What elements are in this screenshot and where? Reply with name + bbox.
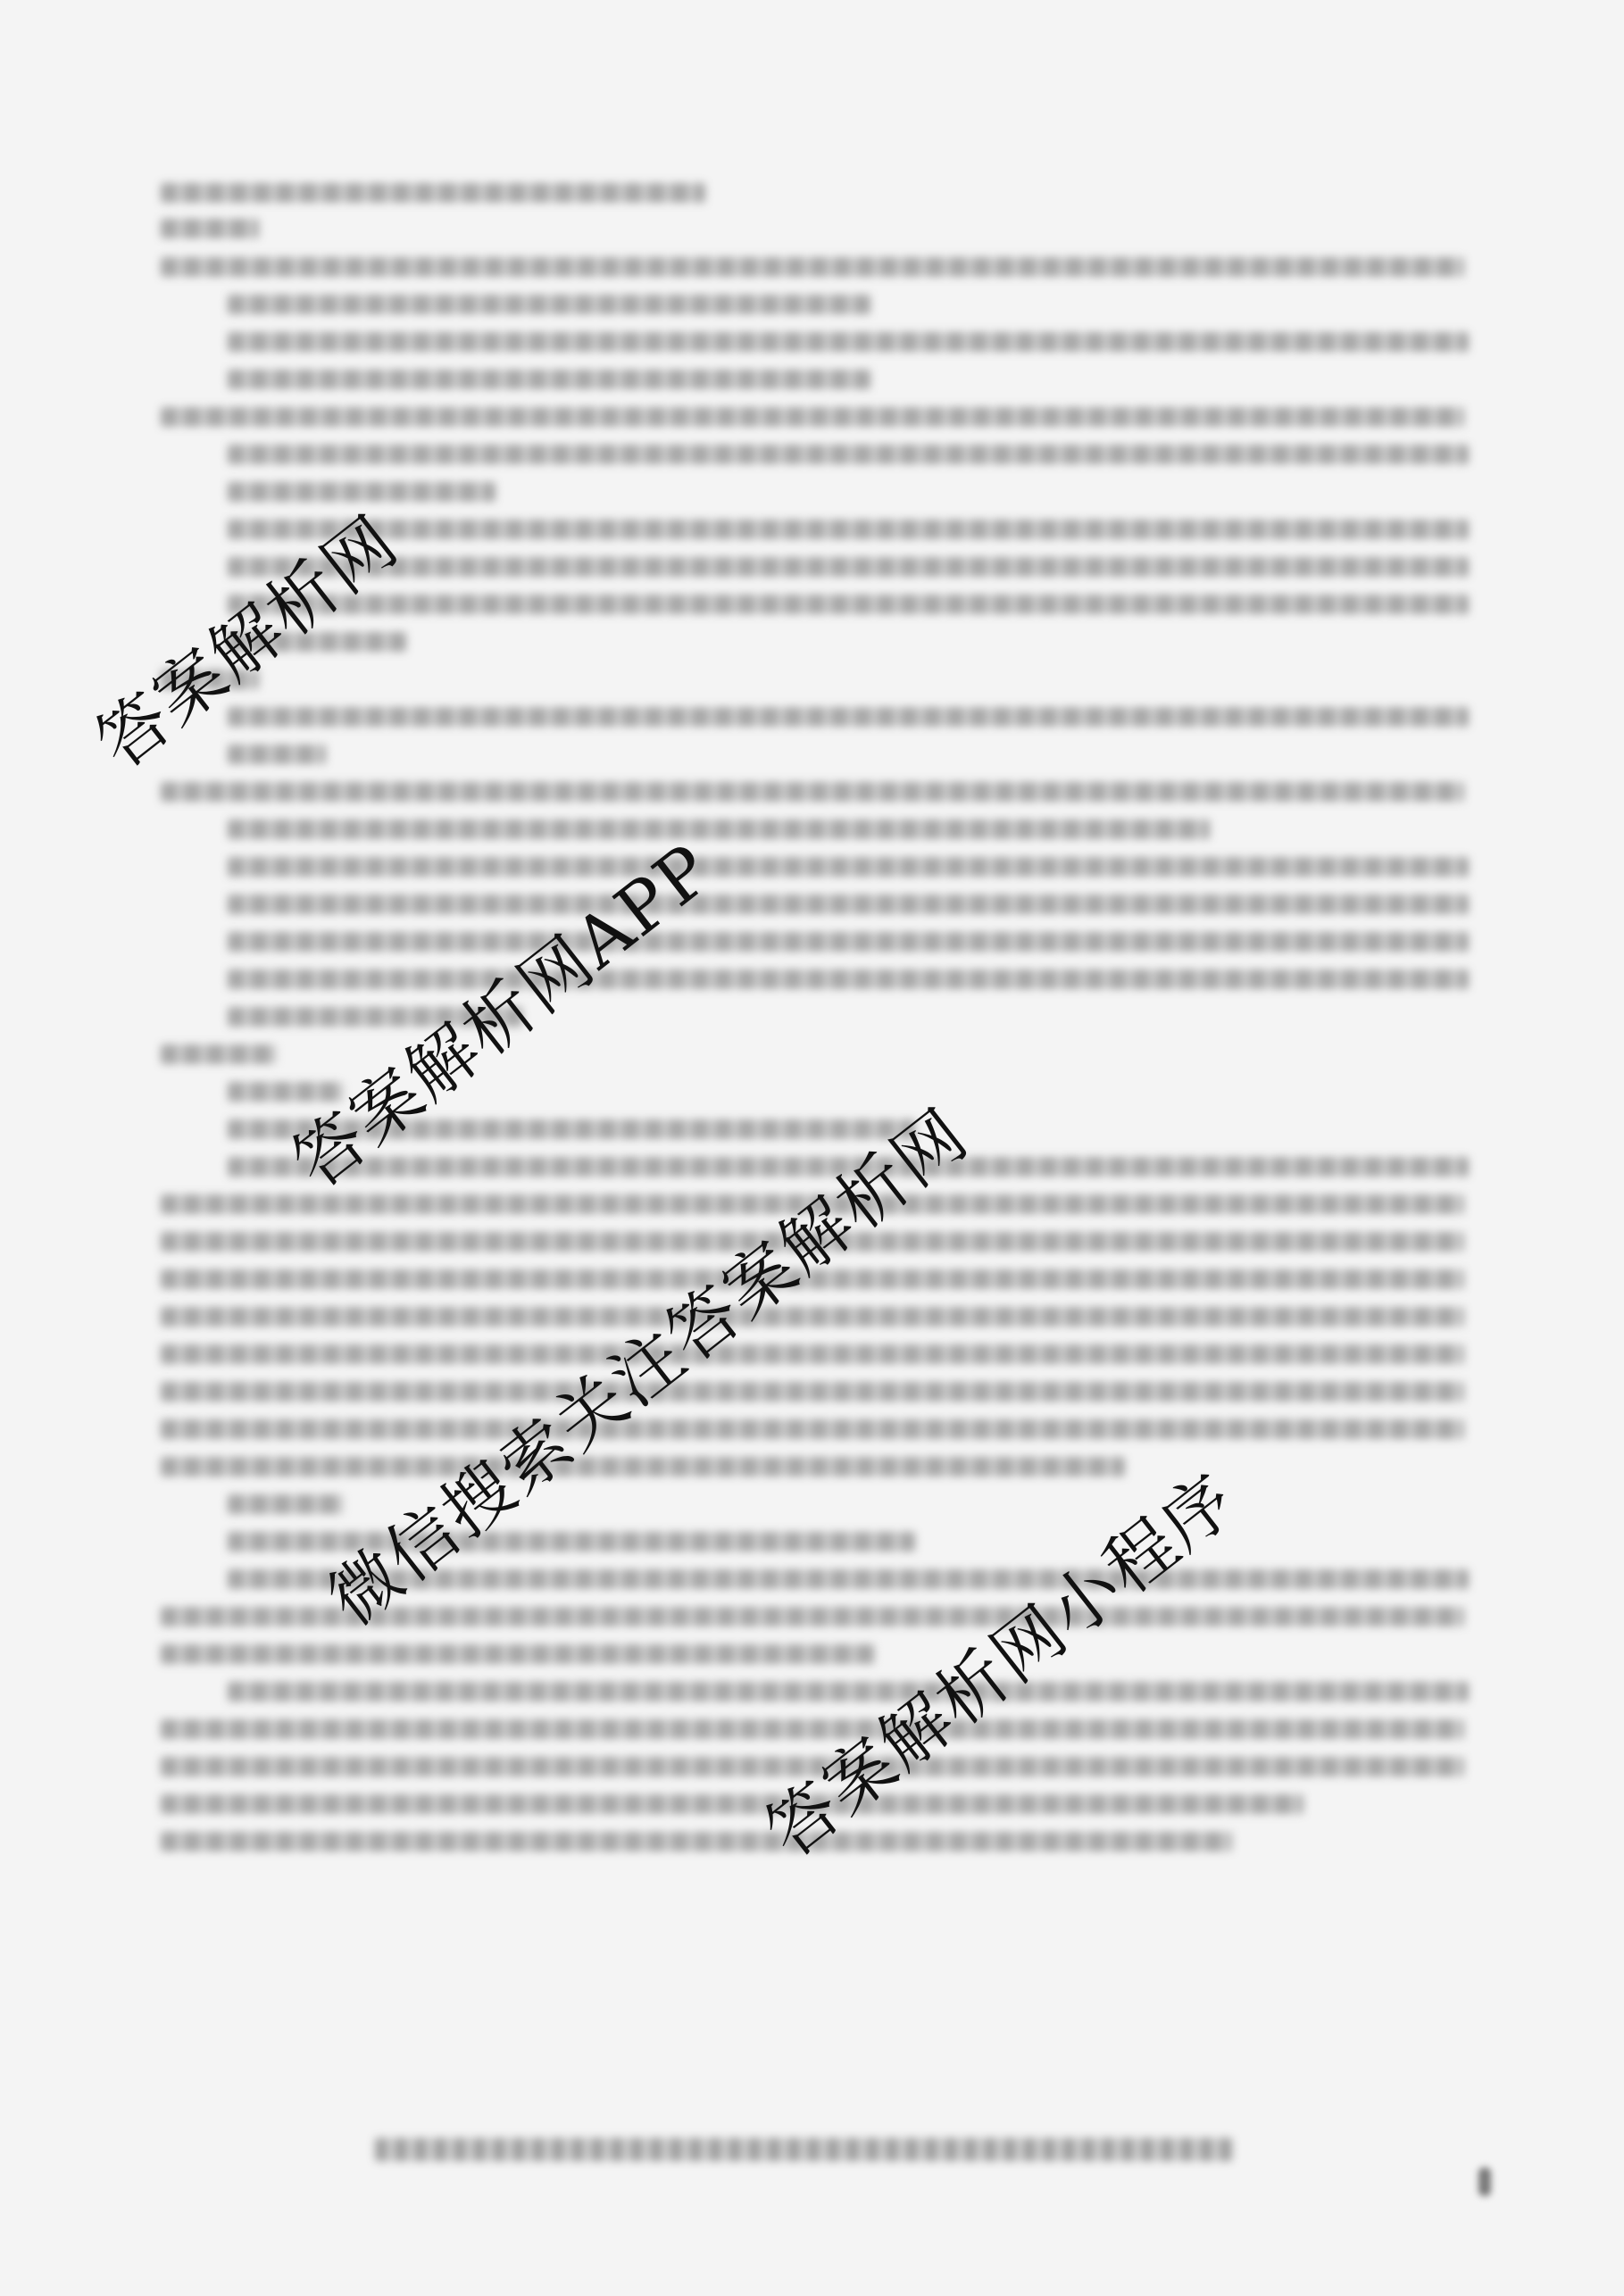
blurred-text-line [161, 183, 705, 203]
blurred-text-line [228, 445, 1469, 464]
blurred-text-line [161, 1382, 1464, 1402]
blurred-text-line [228, 745, 326, 764]
blurred-text-line [161, 1644, 875, 1664]
blurred-text-line [228, 332, 1469, 352]
blurred-text-line [161, 407, 1464, 427]
blurred-text-line [228, 894, 1469, 914]
blurred-text-line [161, 257, 1464, 277]
blurred-text-line [161, 1044, 277, 1064]
blurred-text-line [228, 295, 870, 314]
blurred-text-line [228, 932, 1469, 952]
blurred-text-line [228, 857, 1469, 877]
blurred-text-line [161, 1719, 1464, 1739]
page-number [1478, 2167, 1491, 2196]
blurred-text-line [161, 1794, 1303, 1814]
document-page: 答案解析网答案解析网APP微信搜索关注答案解析网答案解析网小程序 [0, 0, 1624, 2296]
blurred-text-line [228, 520, 1469, 539]
blurred-text-line [161, 782, 1464, 802]
blurred-text-line [228, 1682, 1469, 1701]
blurred-text-line [228, 1494, 344, 1514]
blurred-text-line [161, 1832, 1232, 1851]
blurred-text-line [161, 1344, 1464, 1364]
blurred-text-line [228, 969, 1469, 989]
blurred-text-line [161, 219, 259, 238]
blurred-text-line [228, 595, 1469, 614]
blurred-text-line [161, 1419, 1464, 1439]
blurred-text-line [228, 370, 870, 389]
blurred-text-line [161, 1307, 1464, 1327]
page-footer [375, 2138, 1232, 2161]
blurred-text-line [161, 1457, 1125, 1477]
blurred-text-line [228, 819, 1210, 839]
blurred-text-line [228, 707, 1469, 727]
